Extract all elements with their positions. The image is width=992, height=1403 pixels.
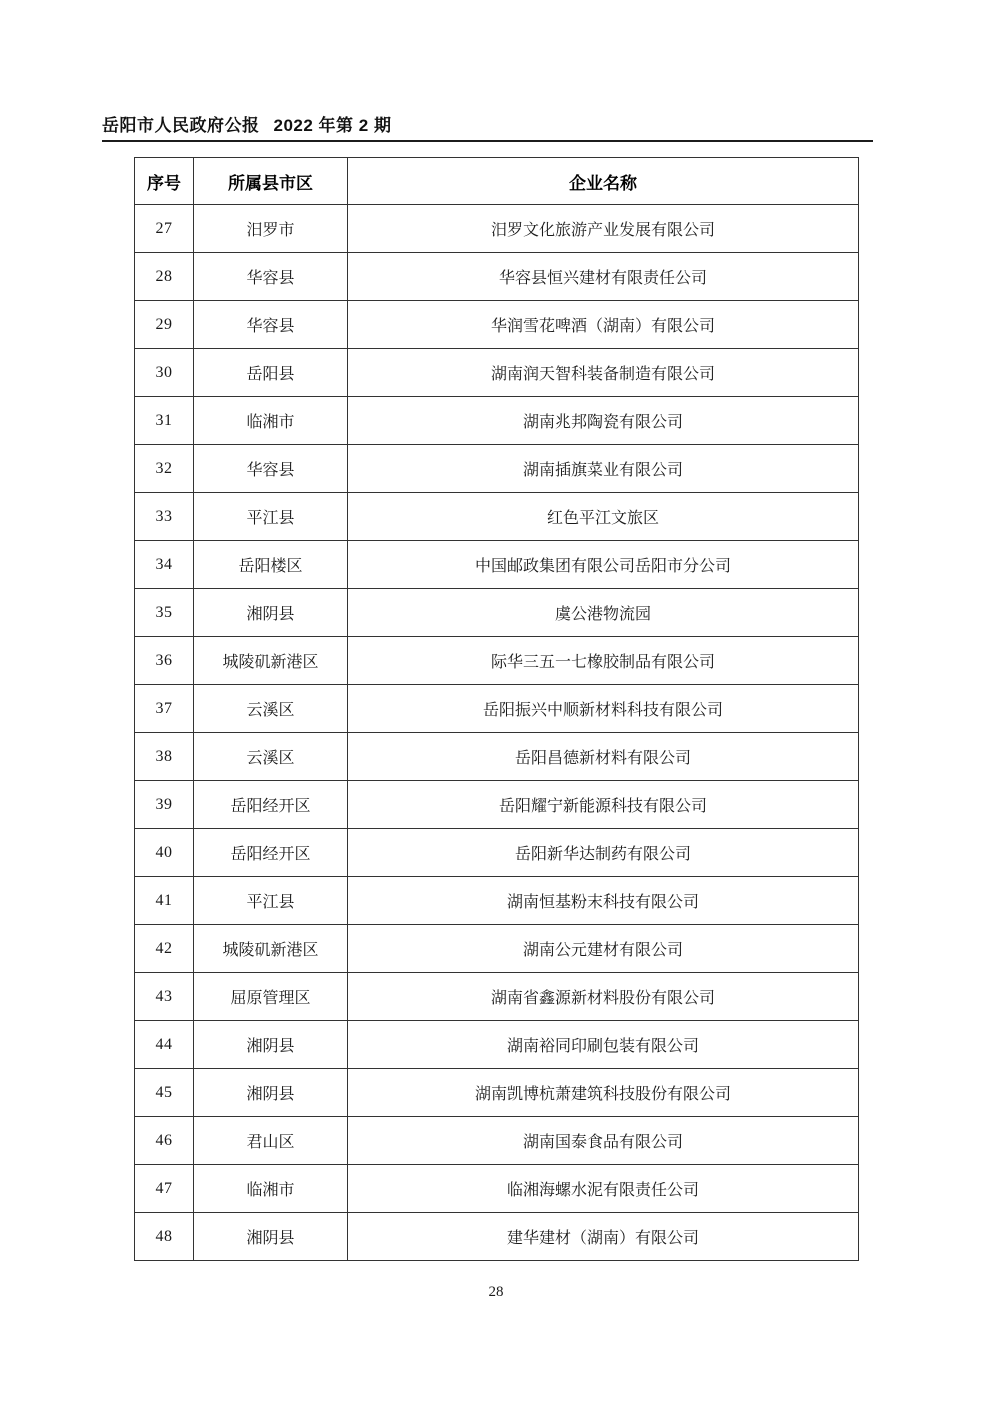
table-row: 27汨罗市汨罗文化旅游产业发展有限公司 [135,205,859,253]
page-number: 28 [0,1284,992,1301]
row-number-cell: 40 [135,829,194,877]
row-number-cell: 37 [135,685,194,733]
column-header-district: 所属县市区 [194,158,348,205]
table-row: 48湘阴县建华建材（湖南）有限公司 [135,1213,859,1261]
row-number-cell: 35 [135,589,194,637]
gazette-header: 岳阳市人民政府公报2022 年第 2 期 [102,111,391,136]
district-cell: 城陵矶新港区 [194,925,348,973]
company-cell: 岳阳耀宁新能源科技有限公司 [348,781,859,829]
district-cell: 临湘市 [194,397,348,445]
row-number-cell: 41 [135,877,194,925]
company-cell: 华润雪花啤酒（湖南）有限公司 [348,301,859,349]
table-row: 32华容县湖南插旗菜业有限公司 [135,445,859,493]
row-number-cell: 32 [135,445,194,493]
table-row: 28华容县华容县恒兴建材有限责任公司 [135,253,859,301]
district-cell: 湘阴县 [194,1021,348,1069]
company-cell: 湖南凯博杭萧建筑科技股份有限公司 [348,1069,859,1117]
district-cell: 湘阴县 [194,1069,348,1117]
company-cell: 建华建材（湖南）有限公司 [348,1213,859,1261]
table-header-row: 序号 所属县市区 企业名称 [135,158,859,205]
table-row: 45湘阴县湖南凯博杭萧建筑科技股份有限公司 [135,1069,859,1117]
table-row: 38云溪区岳阳昌德新材料有限公司 [135,733,859,781]
district-cell: 华容县 [194,445,348,493]
row-number-cell: 44 [135,1021,194,1069]
district-cell: 城陵矶新港区 [194,637,348,685]
table-row: 36城陵矶新港区际华三五一七橡胶制品有限公司 [135,637,859,685]
district-cell: 湘阴县 [194,589,348,637]
table-row: 42城陵矶新港区湖南公元建材有限公司 [135,925,859,973]
table-row: 29华容县华润雪花啤酒（湖南）有限公司 [135,301,859,349]
district-cell: 云溪区 [194,685,348,733]
table-row: 41平江县湖南恒基粉末科技有限公司 [135,877,859,925]
company-cell: 岳阳新华达制药有限公司 [348,829,859,877]
district-cell: 临湘市 [194,1165,348,1213]
row-number-cell: 28 [135,253,194,301]
district-cell: 汨罗市 [194,205,348,253]
row-number-cell: 46 [135,1117,194,1165]
row-number-cell: 39 [135,781,194,829]
company-cell: 虞公港物流园 [348,589,859,637]
district-cell: 岳阳楼区 [194,541,348,589]
district-cell: 岳阳县 [194,349,348,397]
company-cell: 临湘海螺水泥有限责任公司 [348,1165,859,1213]
company-cell: 湖南恒基粉末科技有限公司 [348,877,859,925]
company-cell: 湖南公元建材有限公司 [348,925,859,973]
row-number-cell: 48 [135,1213,194,1261]
district-cell: 云溪区 [194,733,348,781]
district-cell: 华容县 [194,301,348,349]
district-cell: 平江县 [194,877,348,925]
table-row: 37云溪区岳阳振兴中顺新材料科技有限公司 [135,685,859,733]
district-cell: 岳阳经开区 [194,781,348,829]
row-number-cell: 47 [135,1165,194,1213]
company-cell: 湖南裕同印刷包装有限公司 [348,1021,859,1069]
table-row: 43屈原管理区湖南省鑫源新材料股份有限公司 [135,973,859,1021]
table-row: 34岳阳楼区中国邮政集团有限公司岳阳市分公司 [135,541,859,589]
row-number-cell: 36 [135,637,194,685]
district-cell: 湘阴县 [194,1213,348,1261]
table-body: 27汨罗市汨罗文化旅游产业发展有限公司28华容县华容县恒兴建材有限责任公司29华… [135,205,859,1261]
company-cell: 岳阳昌德新材料有限公司 [348,733,859,781]
company-cell: 华容县恒兴建材有限责任公司 [348,253,859,301]
table-row: 40岳阳经开区岳阳新华达制药有限公司 [135,829,859,877]
column-header-no: 序号 [135,158,194,205]
row-number-cell: 38 [135,733,194,781]
row-number-cell: 27 [135,205,194,253]
enterprise-table: 序号 所属县市区 企业名称 27汨罗市汨罗文化旅游产业发展有限公司28华容县华容… [134,157,859,1261]
gazette-issue: 2022 年第 2 期 [274,116,392,135]
company-cell: 岳阳振兴中顺新材料科技有限公司 [348,685,859,733]
district-cell: 华容县 [194,253,348,301]
district-cell: 岳阳经开区 [194,829,348,877]
district-cell: 平江县 [194,493,348,541]
gazette-title: 岳阳市人民政府公报 [102,116,260,135]
table-row: 39岳阳经开区岳阳耀宁新能源科技有限公司 [135,781,859,829]
row-number-cell: 30 [135,349,194,397]
header-divider [102,140,873,142]
table-row: 30岳阳县湖南润天智科装备制造有限公司 [135,349,859,397]
company-cell: 中国邮政集团有限公司岳阳市分公司 [348,541,859,589]
company-cell: 湖南省鑫源新材料股份有限公司 [348,973,859,1021]
company-cell: 红色平江文旅区 [348,493,859,541]
table-row: 33平江县红色平江文旅区 [135,493,859,541]
row-number-cell: 43 [135,973,194,1021]
table-row: 44湘阴县湖南裕同印刷包装有限公司 [135,1021,859,1069]
table-row: 47临湘市临湘海螺水泥有限责任公司 [135,1165,859,1213]
column-header-company: 企业名称 [348,158,859,205]
company-cell: 湖南兆邦陶瓷有限公司 [348,397,859,445]
table-row: 35湘阴县虞公港物流园 [135,589,859,637]
district-cell: 君山区 [194,1117,348,1165]
company-cell: 汨罗文化旅游产业发展有限公司 [348,205,859,253]
row-number-cell: 45 [135,1069,194,1117]
row-number-cell: 33 [135,493,194,541]
row-number-cell: 42 [135,925,194,973]
table-row: 31临湘市湖南兆邦陶瓷有限公司 [135,397,859,445]
row-number-cell: 29 [135,301,194,349]
company-cell: 湖南国泰食品有限公司 [348,1117,859,1165]
company-cell: 际华三五一七橡胶制品有限公司 [348,637,859,685]
company-cell: 湖南润天智科装备制造有限公司 [348,349,859,397]
row-number-cell: 31 [135,397,194,445]
row-number-cell: 34 [135,541,194,589]
table-row: 46君山区湖南国泰食品有限公司 [135,1117,859,1165]
company-cell: 湖南插旗菜业有限公司 [348,445,859,493]
district-cell: 屈原管理区 [194,973,348,1021]
